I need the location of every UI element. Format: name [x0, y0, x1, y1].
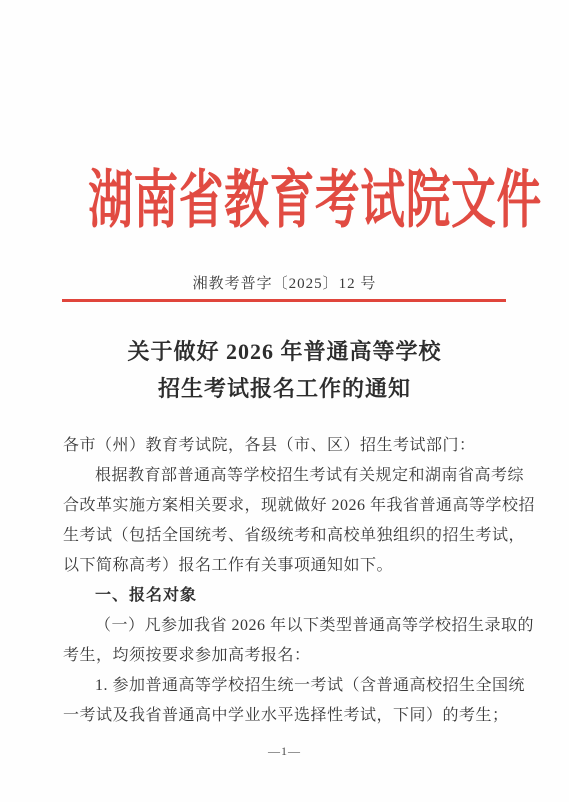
- agency-letterhead: 湖南省教育考试院文件: [0, 158, 569, 244]
- document-reference-number: 湘教考普字〔2025〕12 号: [0, 272, 569, 296]
- body-line: （一）凡参加我省 2026 年以下类型普通高等学校招生录取的: [63, 611, 506, 641]
- body-line: 生考试（包括全国统考、省级统考和高校单独组织的招生考试，: [63, 521, 506, 551]
- notice-title-line2: 招生考试报名工作的通知: [0, 370, 569, 407]
- body-line: 1. 参加普通高等学校招生统一考试（含普通高校招生全国统: [63, 671, 506, 701]
- body-line: 合改革实施方案相关要求，现就做好 2026 年我省普通高等学校招: [63, 491, 506, 521]
- red-divider-line: [62, 299, 506, 302]
- notice-title: 关于做好 2026 年普通高等学校 招生考试报名工作的通知: [0, 333, 569, 407]
- body-line: 以下简称高考）报名工作有关事项通知如下。: [63, 551, 506, 581]
- agency-letterhead-title: 湖南省教育考试院文件: [88, 157, 542, 245]
- section-heading: 一、报名对象: [63, 581, 506, 611]
- body-line: 根据教育部普通高等学校招生考试有关规定和湖南省高考综: [63, 461, 506, 491]
- notice-body: 各市（州）教育考试院，各县（市、区）招生考试部门：根据教育部普通高等学校招生考试…: [63, 431, 506, 731]
- notice-title-line1: 关于做好 2026 年普通高等学校: [0, 333, 569, 370]
- document-page: 湖南省教育考试院文件 湘教考普字〔2025〕12 号 关于做好 2026 年普通…: [0, 0, 569, 802]
- body-line: 各市（州）教育考试院，各县（市、区）招生考试部门：: [63, 431, 506, 461]
- body-line: 一考试及我省普通高中学业水平选择性考试，下同）的考生；: [63, 701, 506, 731]
- body-line: 考生，均须按要求参加高考报名：: [63, 641, 506, 671]
- page-number: —1—: [0, 744, 569, 759]
